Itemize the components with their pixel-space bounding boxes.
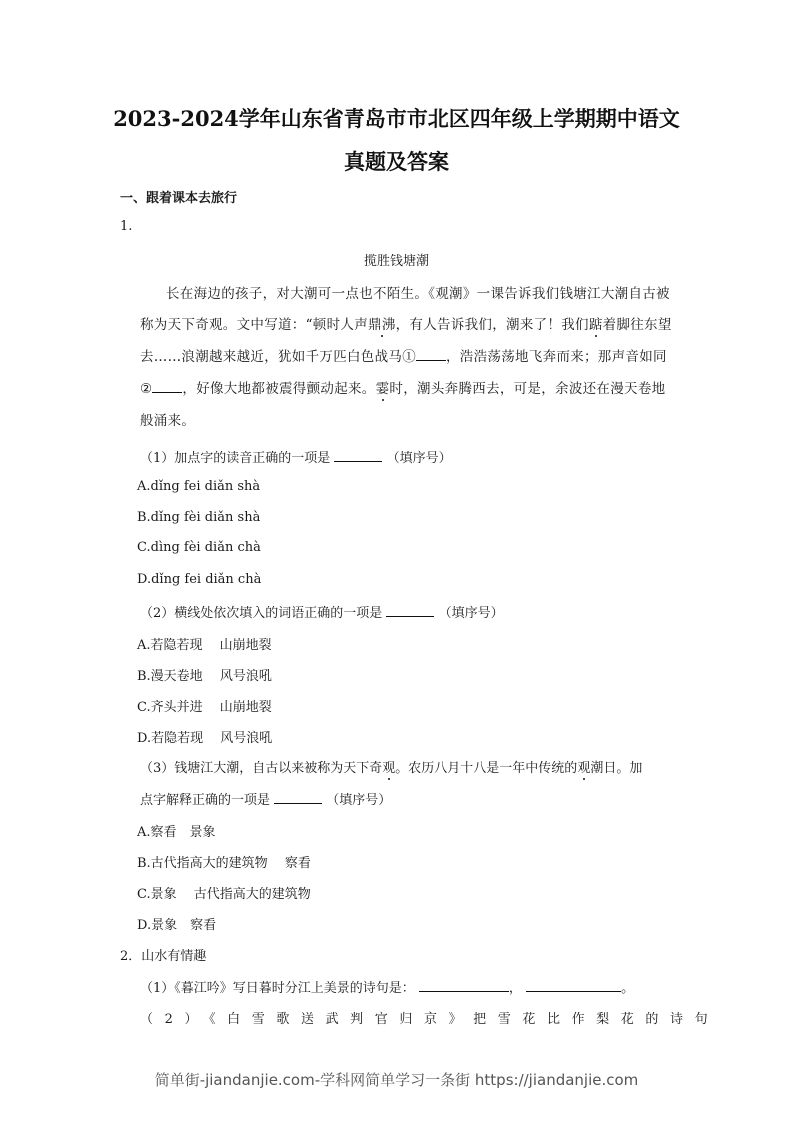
option-c: C.dìng fèi diǎn chà bbox=[137, 540, 261, 555]
question-2-heading: 2．山水有情趣 bbox=[120, 945, 206, 964]
passage-line-5: 般涌来。 bbox=[140, 409, 195, 429]
option-b: B.dǐng fèi diǎn shà bbox=[137, 510, 260, 525]
document-title-line2: 真题及答案 bbox=[0, 146, 793, 176]
dotted-word: 观 bbox=[382, 761, 395, 776]
option-a: A.若隐若现 山崩地裂 bbox=[137, 634, 272, 653]
fill-blank-1[interactable] bbox=[416, 348, 446, 361]
subquestion-3-line1: （3）钱塘江大潮，自古以来被称为天下奇观。农历八月十八是一年中传统的观潮日。加 bbox=[140, 757, 642, 776]
subquestion-1: （1）加点字的读音正确的一项是 （填序号） bbox=[140, 447, 452, 466]
subquestion-2: （2）横线处依次填入的词语正确的一项是 （填序号） bbox=[140, 602, 504, 621]
dotted-word: 霎 bbox=[376, 381, 390, 397]
passage-line-2: 称为天下奇观。文中写道：“顿时人声鼎沸，有人告诉我们，潮来了！我们踮着脚往东望 bbox=[140, 313, 672, 333]
option-a: A.察看 景象 bbox=[137, 821, 216, 840]
q2-subquestion-1: （1）《暮江吟》写日暮时分江上美景的诗句是： ， 。 bbox=[140, 977, 634, 996]
option-d: D.若隐若现 风号浪吼 bbox=[137, 727, 272, 746]
document-title-line1: 2023-2024学年山东省青岛市市北区四年级上学期期中语文 bbox=[0, 103, 793, 133]
option-d: D.dǐng fei diǎn chà bbox=[137, 572, 261, 587]
answer-blank[interactable] bbox=[386, 604, 434, 617]
subquestion-3-line2: 点字解释正确的一项是 （填序号） bbox=[140, 789, 391, 808]
passage-line-4: ②，好像大地都被震得颤动起来。霎时，潮头奔腾西去，可是，余波还在漫天卷地 bbox=[140, 377, 665, 397]
passage-line-1: 长在海边的孩子，对大潮可一点也不陌生。《观潮》一课告诉我们钱塘江大潮自古被 bbox=[166, 282, 670, 302]
passage-line-3: 去……浪潮越来越近，犹如千万匹白色战马①，浩浩荡荡地飞奔而来；那声音如同 bbox=[140, 345, 667, 365]
option-b: B.古代指高大的建筑物 察看 bbox=[137, 852, 311, 871]
answer-blank[interactable] bbox=[419, 979, 509, 992]
passage-title: 揽胜钱塘潮 bbox=[0, 250, 793, 269]
option-c: C.齐头并进 山崩地裂 bbox=[137, 696, 272, 715]
dotted-word: 踮 bbox=[589, 317, 603, 333]
footer-watermark: 简单街-jiandanjie.com-学科网简单学习一条街 https://ji… bbox=[0, 1069, 793, 1090]
option-a: A.dǐng fei diǎn shà bbox=[137, 479, 260, 494]
option-d: D.景象 察看 bbox=[137, 914, 216, 933]
section-heading: 一、跟着课本去旅行 bbox=[120, 187, 237, 206]
answer-blank[interactable] bbox=[526, 979, 621, 992]
option-c: C.景象 古代指高大的建筑物 bbox=[137, 883, 311, 902]
answer-blank[interactable] bbox=[334, 449, 382, 462]
q2-subquestion-2: （2）《白雪歌送武判官归京》把雪花比作梨花的诗句 bbox=[140, 1008, 719, 1027]
answer-blank[interactable] bbox=[274, 791, 322, 804]
question-number: 1. bbox=[120, 219, 132, 234]
dotted-word: 鼎沸 bbox=[368, 317, 396, 333]
dotted-word: 观 bbox=[577, 761, 590, 776]
fill-blank-2[interactable] bbox=[152, 380, 182, 393]
option-b: B.漫天卷地 风号浪吼 bbox=[137, 665, 272, 684]
